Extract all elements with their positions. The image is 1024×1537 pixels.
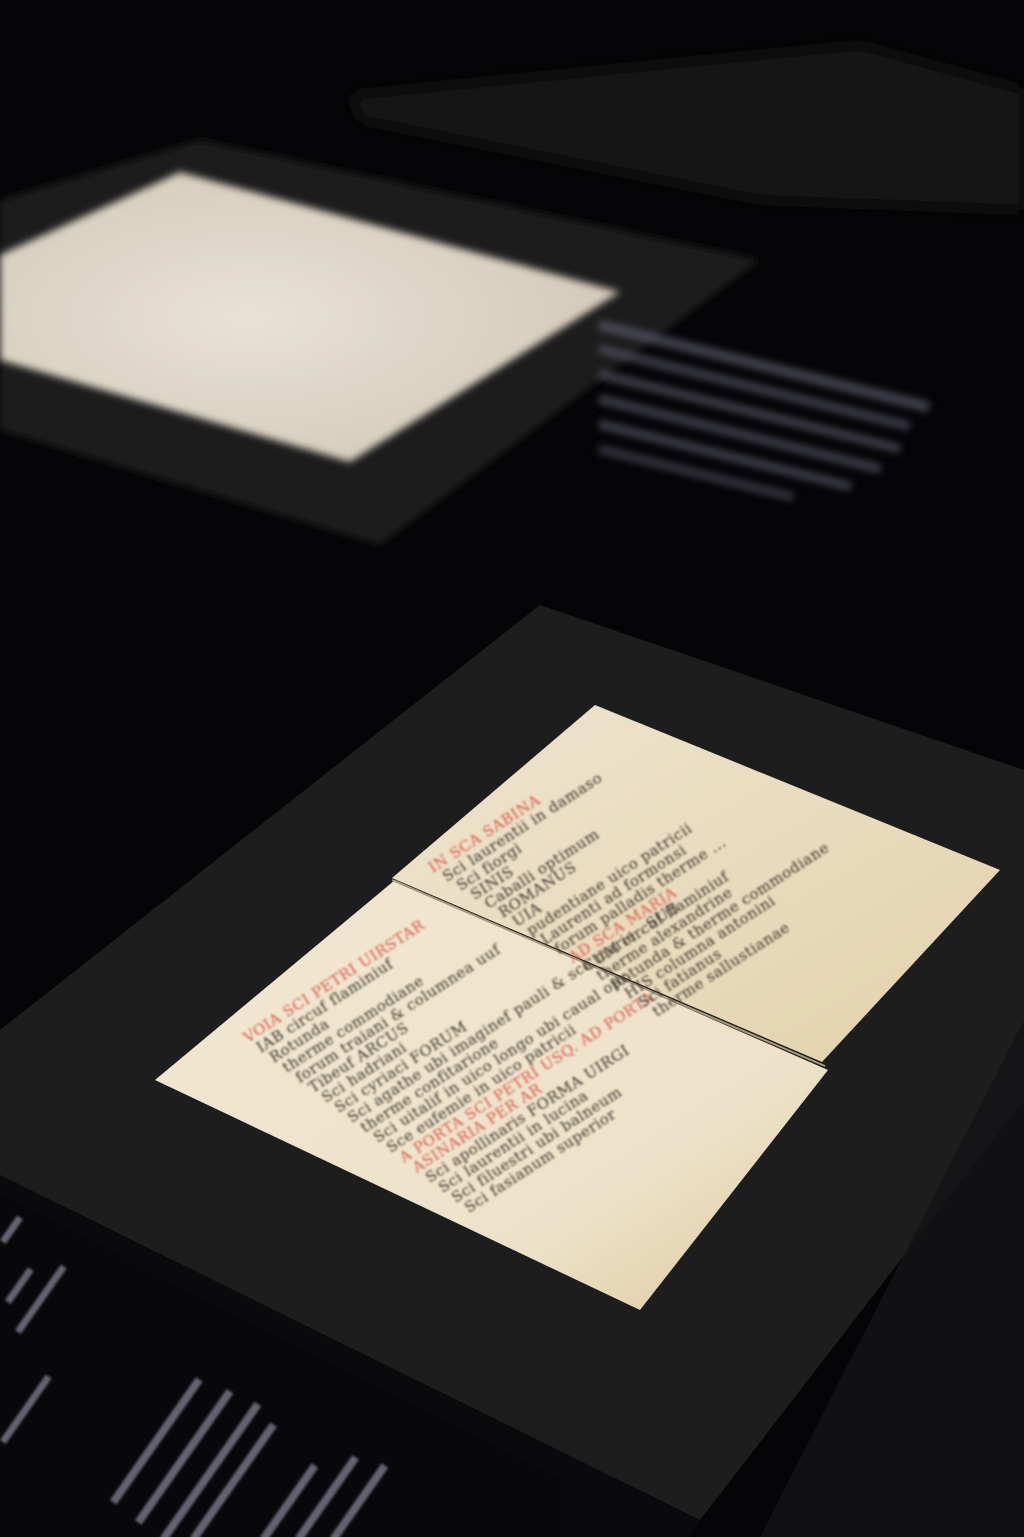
upper-wall-label [598, 320, 930, 501]
far-mount [350, 45, 1024, 210]
museum-display-scene: VOIA SCI PETRI UIRSTARIAB circuf flamini… [0, 0, 1024, 1537]
display-case-backdrop [0, 0, 1024, 1537]
